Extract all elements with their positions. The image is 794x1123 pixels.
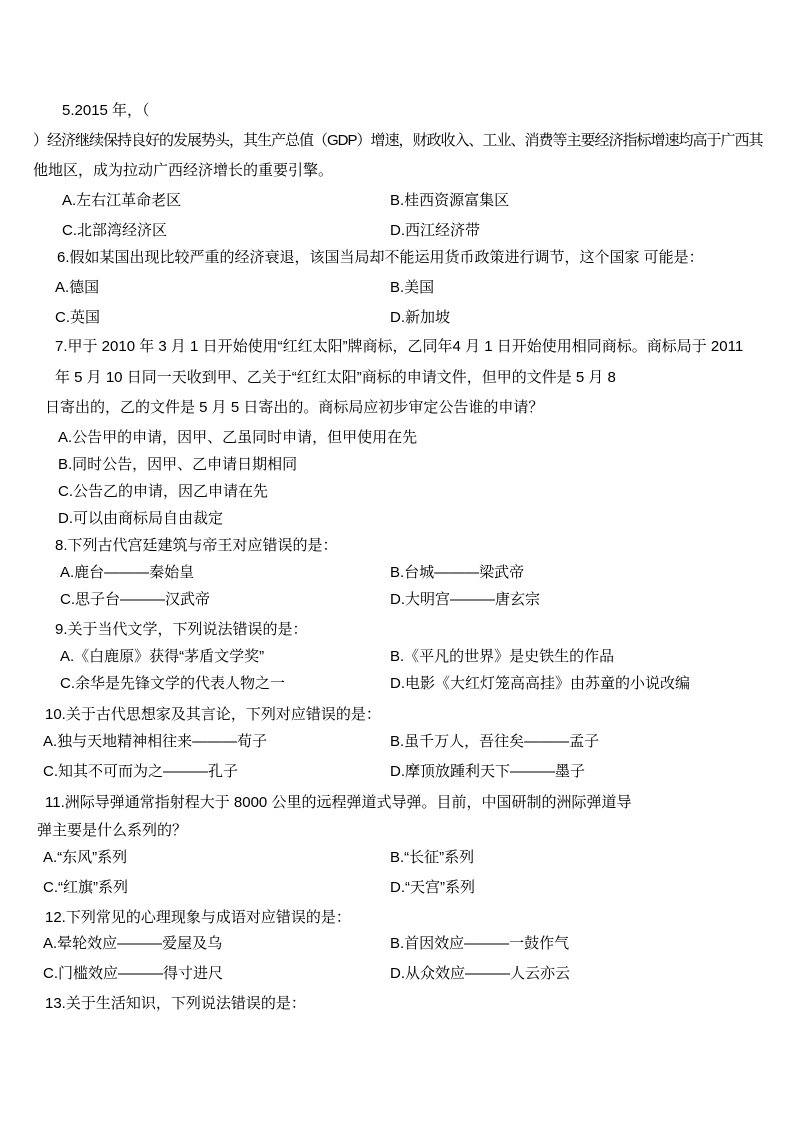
question-9-option-d: D.电影《大红灯笼高高挂》由苏童的小说改编 bbox=[390, 674, 690, 694]
question-7-option-b: B.同时公告，因甲、乙申请日期相同 bbox=[58, 455, 297, 475]
question-6-option-d: D.新加坡 bbox=[390, 308, 450, 328]
question-10-stem-line-1: 10.关于古代思想家及其言论，下列对应错误的是： bbox=[45, 705, 381, 725]
question-12-option-c: C.门槛效应———得寸进尺 bbox=[43, 964, 223, 984]
question-7-stem-line-1: 7.甲于 2010 年 3 月 1 日开始使用“红红太阳”牌商标，乙同年4 月 … bbox=[55, 337, 743, 357]
question-11-option-b: B.“长征”系列 bbox=[390, 848, 474, 868]
question-11-option-c: C.“红旗”系列 bbox=[43, 878, 128, 898]
question-5-stem-line-1: 5.2015 年，（ bbox=[62, 101, 150, 121]
question-5-option-a: A.左右江革命老区 bbox=[62, 191, 181, 211]
question-6-option-a: A.德国 bbox=[55, 278, 99, 298]
question-9-option-b: B.《平凡的世界》是史铁生的作品 bbox=[390, 647, 614, 667]
question-8-option-b: B.台城———梁武帝 bbox=[390, 563, 524, 583]
question-12-stem-line-1: 12.下列常见的心理现象与成语对应错误的是： bbox=[45, 908, 351, 928]
question-7-stem-line-3: 日寄出的，乙的文件是 5 月 5 日寄出的。商标局应初步审定公告谁的申请？ bbox=[45, 398, 543, 418]
question-10-option-d: D.摩顶放踵利天下———墨子 bbox=[390, 762, 585, 782]
question-10-option-b: B.虽千万人，吾往矣———孟子 bbox=[390, 732, 599, 752]
exam-page: 5.2015 年，（ ）经济继续保持良好的发展势头，其生产总值（GDP）增速，财… bbox=[0, 0, 794, 1123]
question-11-stem-line-1: 11.洲际导弹通常指射程大于 8000 公里的远程弹道式导弹。目前，中国研制的洲… bbox=[45, 793, 631, 813]
question-6-option-b: B.美国 bbox=[390, 278, 434, 298]
question-5-stem-line-2: ）经济继续保持良好的发展势头，其生产总值（GDP）增速，财政收入、工业、消费等主… bbox=[33, 131, 763, 151]
question-7-option-c: C.公告乙的申请，因乙申请在先 bbox=[58, 482, 268, 502]
question-5-option-c: C.北部湾经济区 bbox=[62, 221, 167, 241]
question-10-option-c: C.知其不可而为之———孔子 bbox=[43, 762, 238, 782]
question-10-option-a: A.独与天地精神相往来———荀子 bbox=[43, 732, 267, 752]
question-6-option-c: C.英国 bbox=[55, 308, 100, 328]
question-5-option-d: D.西江经济带 bbox=[390, 221, 480, 241]
question-12-option-a: A.晕轮效应———爱屋及乌 bbox=[43, 934, 222, 954]
question-9-option-c: C.余华是先锋文学的代表人物之一 bbox=[60, 674, 285, 694]
question-11-option-d: D.“天宫”系列 bbox=[390, 878, 475, 898]
question-7-stem-line-2: 年 5 月 10 日同一天收到甲、乙关于“红红太阳”商标的申请文件，但甲的文件是… bbox=[55, 368, 616, 388]
question-5-stem-line-3: 他地区，成为拉动广西经济增长的重要引擎。 bbox=[33, 161, 333, 181]
question-8-option-c: C.思子台———汉武帝 bbox=[60, 590, 210, 610]
question-9-stem-line-1: 9.关于当代文学，下列说法错误的是： bbox=[55, 620, 308, 640]
question-13-stem-line-1: 13.关于生活知识，下列说法错误的是： bbox=[45, 994, 306, 1014]
question-12-option-d: D.从众效应———人云亦云 bbox=[390, 964, 570, 984]
question-7-option-a: A.公告甲的申请，因甲、乙虽同时申请，但甲使用在先 bbox=[58, 428, 417, 448]
question-12-option-b: B.首因效应———一鼓作气 bbox=[390, 934, 569, 954]
question-8-stem-line-1: 8.下列古代宫廷建筑与帝王对应错误的是： bbox=[55, 536, 338, 556]
question-7-option-d: D.可以由商标局自由裁定 bbox=[58, 509, 223, 529]
question-5-option-b: B.桂西资源富集区 bbox=[390, 191, 509, 211]
question-9-option-a: A.《白鹿原》获得“茅盾文学奖” bbox=[60, 647, 264, 667]
question-8-option-d: D.大明宫———唐玄宗 bbox=[390, 590, 540, 610]
question-6-stem-line-1: 6.假如某国出现比较严重的经济衰退，该国当局却不能运用货币政策进行调节，这个国家… bbox=[57, 248, 704, 268]
question-11-option-a: A.“东风”系列 bbox=[43, 848, 127, 868]
question-11-stem-line-2: 弹主要是什么系列的？ bbox=[37, 821, 187, 841]
question-8-option-a: A.鹿台———秦始皇 bbox=[60, 563, 194, 583]
